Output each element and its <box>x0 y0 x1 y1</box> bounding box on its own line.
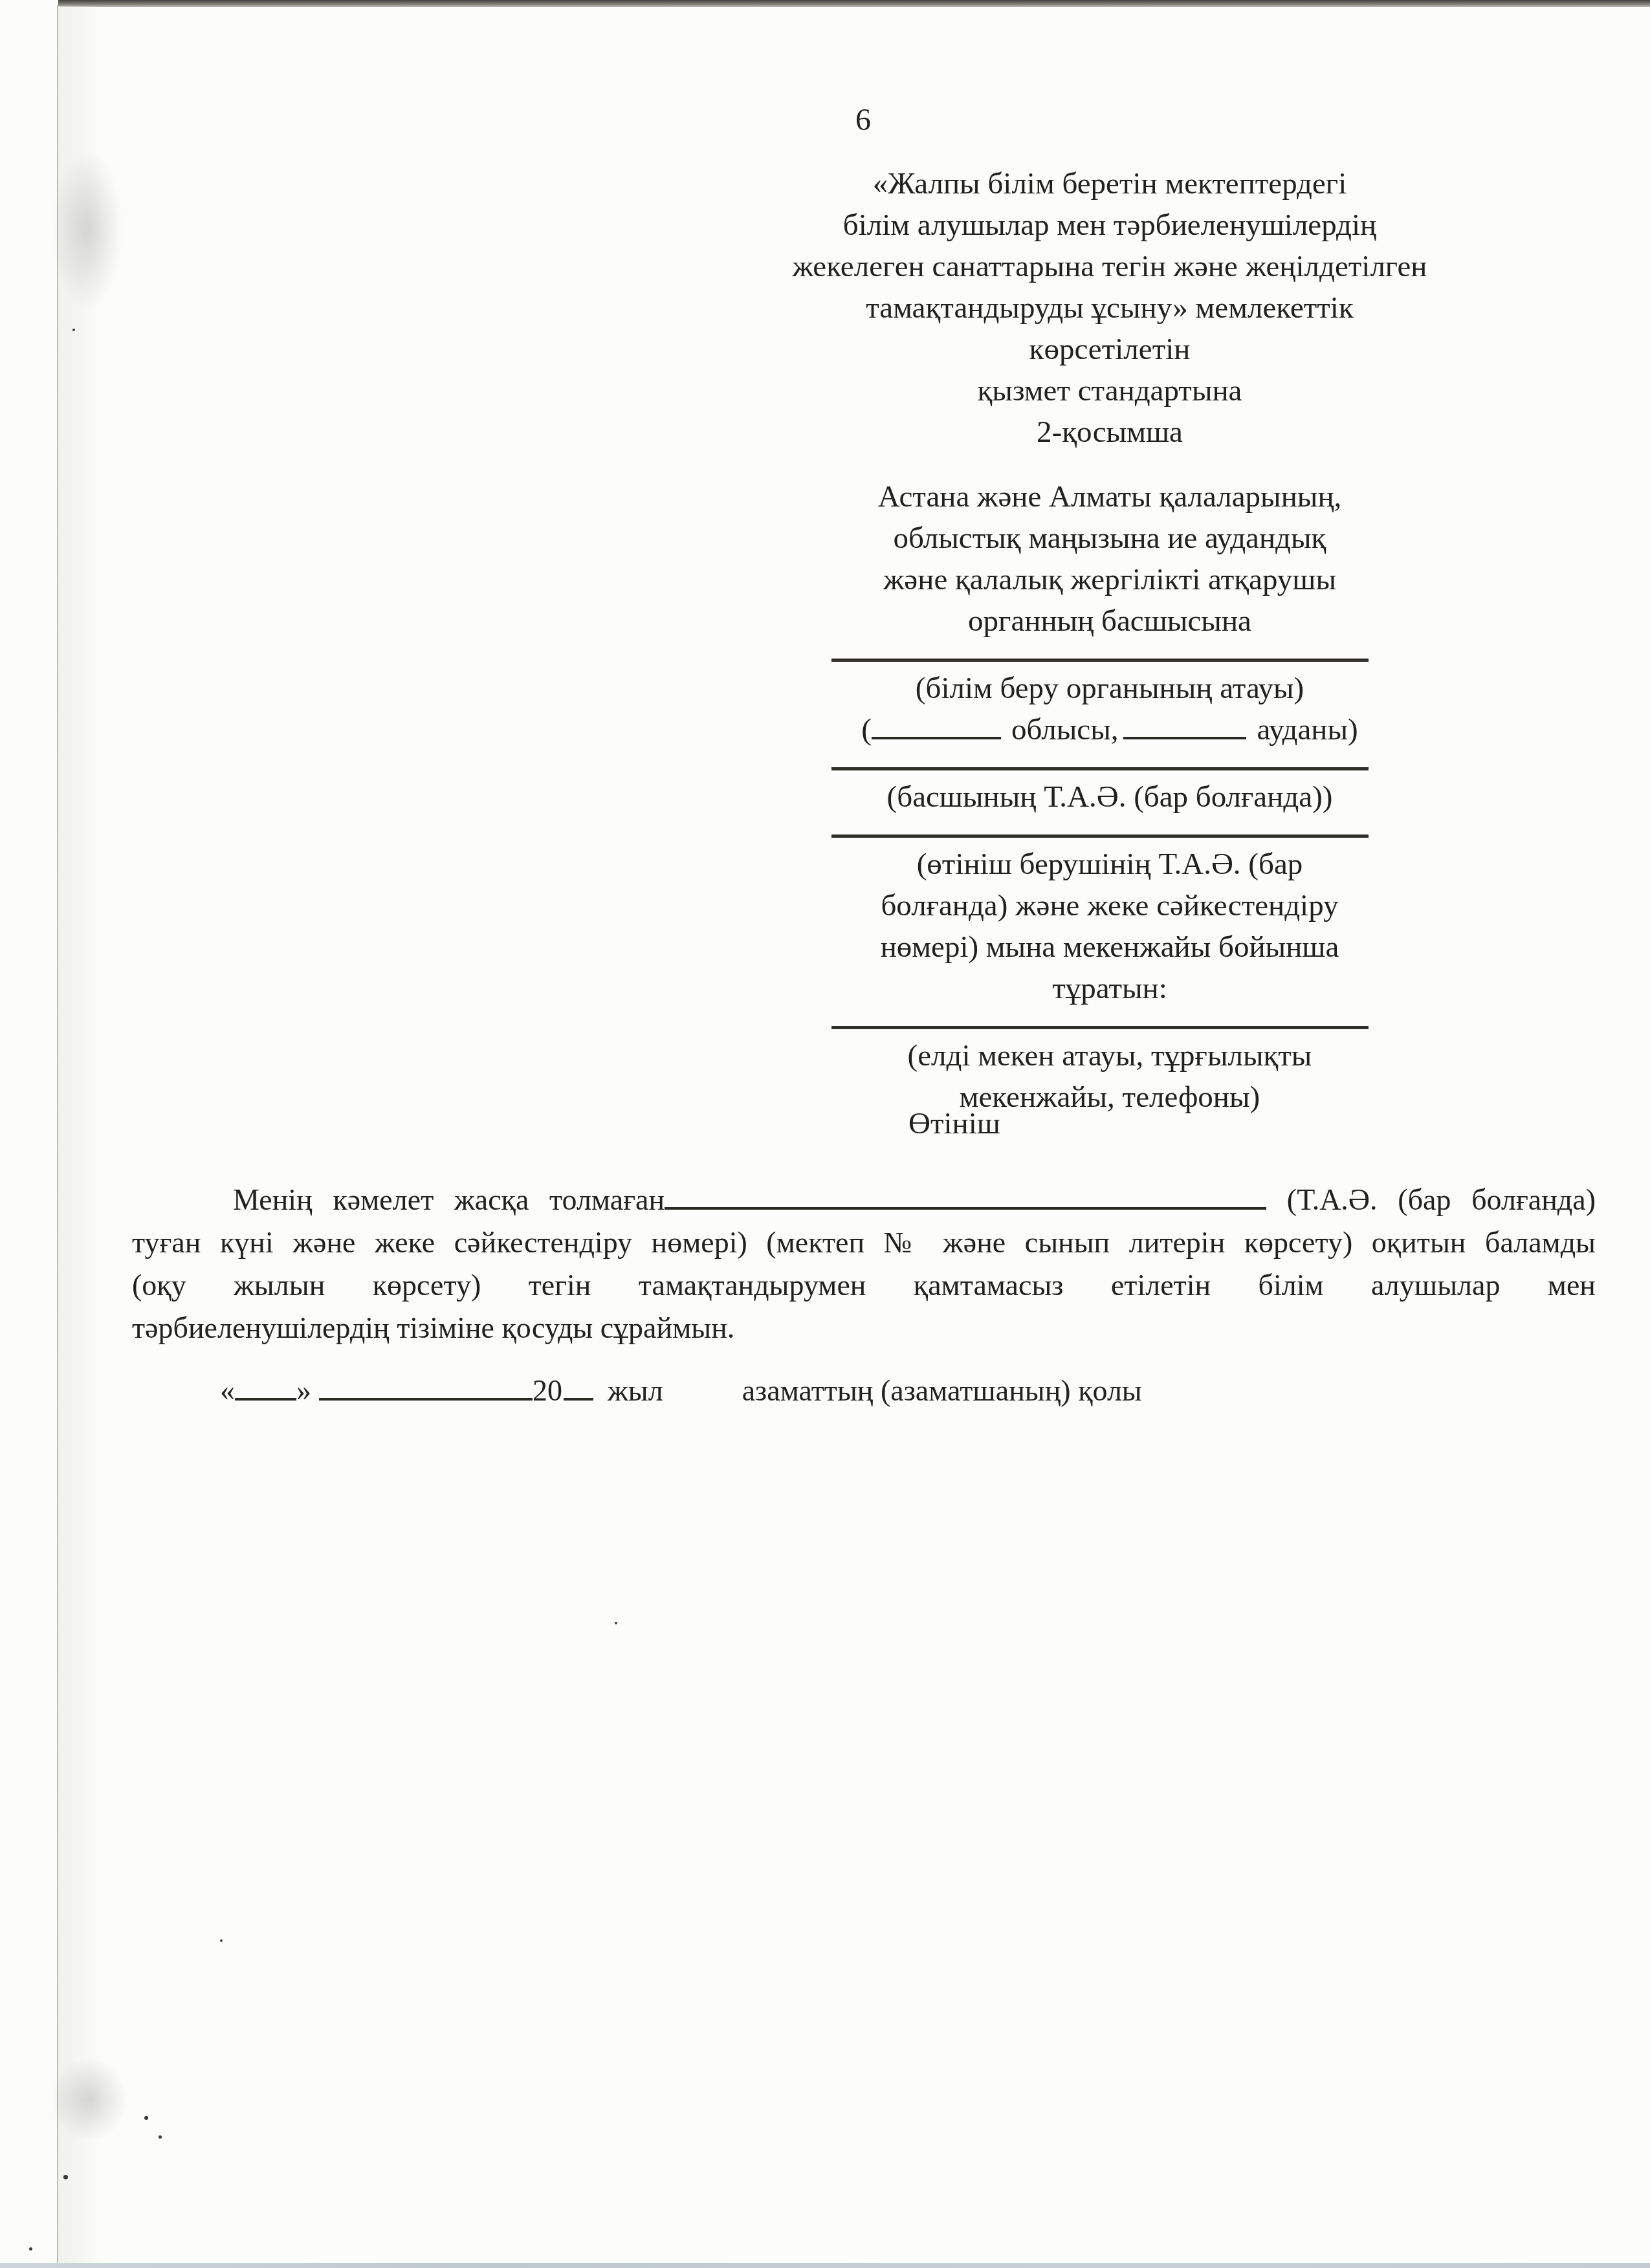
ink-speck <box>63 2175 68 2179</box>
body-line-2: туған күні және жеке сәйкестендіру нөмер… <box>132 1221 1596 1264</box>
org-name-caption: (білім беру органының атауы) <box>786 668 1433 709</box>
body-line-1: Менің кәмелет жасқа толмаған (Т.А.Ә. (ба… <box>132 1179 1596 1221</box>
region-fill-line: (облысы,ауданы) <box>786 709 1433 750</box>
day-blank-field <box>235 1373 296 1401</box>
century-prefix: 20 <box>533 1373 562 1408</box>
applicant-caption-line: болғанда) және жеке сәйкестендіру <box>786 885 1433 926</box>
body-line-3: (оқу жылын көрсету) тегін тамақтандыруме… <box>132 1264 1596 1307</box>
appendix-column: «Жалпы білім беретін мектептердегі білім… <box>786 163 1433 1118</box>
fill-in-rule-head-name <box>831 767 1369 770</box>
body-line-4: тәрбиеленушілердің тізіміне қосуды сұрай… <box>132 1307 1596 1349</box>
scan-bottom-edge-line <box>0 2263 1650 2268</box>
ink-speck <box>144 2116 148 2120</box>
scan-smudge <box>50 2057 128 2141</box>
scan-top-edge-line <box>58 0 1650 7</box>
residence-caption-line: мекенжайы, телефоны) <box>786 1076 1433 1118</box>
appendix-header-line: білім алушылар мен тәрбиеленушілердің <box>786 204 1433 246</box>
spacer <box>786 453 1433 476</box>
applicant-caption-line: тұратын: <box>786 968 1433 1009</box>
ink-speck <box>72 329 75 331</box>
fill-in-rule-applicant <box>831 834 1369 838</box>
child-name-blank-field <box>665 1182 1266 1210</box>
open-quote: « <box>220 1373 235 1408</box>
fill-in-rule-residence <box>831 1026 1369 1029</box>
oblast-label: облысы, <box>1011 713 1118 747</box>
addressee-line: органның басшысына <box>786 600 1433 642</box>
scan-left-streak-band <box>58 6 104 2268</box>
application-title: Өтініш <box>908 1106 1000 1141</box>
year-word: жыл <box>608 1373 663 1408</box>
body-line-1-start: Менің кәмелет жасқа толмаған <box>233 1183 665 1216</box>
district-label: ауданы) <box>1257 713 1358 747</box>
ink-speck <box>159 2135 162 2139</box>
head-name-caption: (басшының Т.А.Ә. (бар болғанда)) <box>786 776 1433 818</box>
signature-caption: азаматтың (азаматшаның) қолы <box>742 1373 1142 1408</box>
page-number: 6 <box>855 102 871 138</box>
scan-smudge <box>52 149 123 311</box>
month-blank-field <box>319 1373 533 1401</box>
close-quote: » <box>296 1373 311 1408</box>
date-signature-line: «»20жылазаматтың (азаматшаның) қолы <box>220 1373 1142 1408</box>
appendix-header-line: тамақтандыруды ұсыну» мемлекеттік көрсет… <box>786 287 1433 370</box>
year-blank-field <box>564 1373 593 1401</box>
scanned-document-page: 6 «Жалпы білім беретін мектептердегі біл… <box>0 0 1650 2268</box>
fill-in-rule-org-name <box>831 659 1369 662</box>
applicant-caption-line: нөмері) мына мекенжайы бойынша <box>786 926 1433 968</box>
open-paren: ( <box>861 713 872 747</box>
ink-speck <box>29 2247 32 2251</box>
scan-left-edge-line <box>57 5 58 2268</box>
addressee-line: және қалалық жергілікті атқарушы <box>786 559 1433 600</box>
addressee-line: Астана және Алматы қалаларының, <box>786 476 1433 518</box>
residence-caption-line: (елді мекен атауы, тұрғылықты <box>786 1035 1433 1076</box>
addressee-line: облыстық маңызына ие аудандық <box>786 518 1433 559</box>
application-body: Менің кәмелет жасқа толмаған (Т.А.Ә. (ба… <box>132 1179 1596 1349</box>
ink-speck <box>220 1939 223 1942</box>
applicant-caption-line: (өтініш берушінің Т.А.Ә. (бар <box>786 844 1433 885</box>
appendix-number-line: 2-қосымша <box>786 411 1433 453</box>
body-line-1-end: (Т.А.Ә. (бар болғанда) <box>1287 1183 1596 1216</box>
ink-speck <box>615 1622 617 1624</box>
district-blank-field <box>1123 711 1246 739</box>
oblast-blank-field <box>872 711 1001 739</box>
appendix-header-line: «Жалпы білім беретін мектептердегі <box>786 163 1433 204</box>
appendix-header-line: қызмет стандартына <box>786 370 1433 411</box>
appendix-header-line: жекелеген санаттарына тегін және жеңілде… <box>786 246 1433 287</box>
